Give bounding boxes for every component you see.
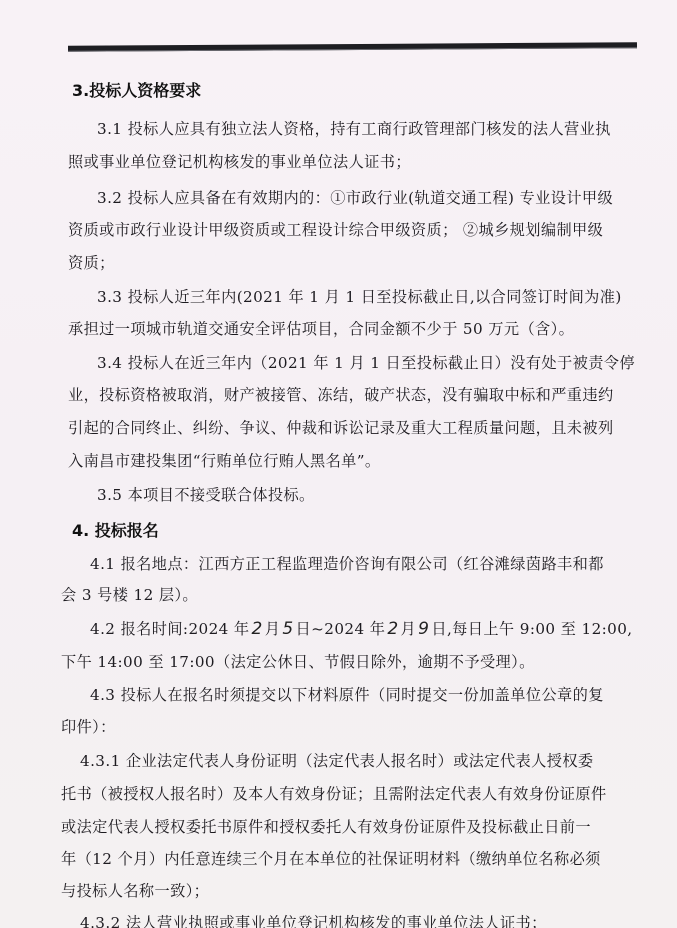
para-3-1-line-1: 3.1 投标人应具有独立法人资格，持有工商行政管理部门核发的法人营业执 (97, 118, 611, 139)
para-3-5: 3.5 本项目不接受联合体投标。 (97, 484, 315, 505)
header-rule (68, 42, 637, 51)
para-4-3-1-line-5: 与投标人名称一致）； (61, 880, 209, 901)
para-4-3-line-2: 印件）： (61, 716, 116, 737)
handwritten-end-month: 2 (385, 619, 400, 639)
reg-time-mid: 日~2024 年 (296, 620, 386, 638)
para-3-2-line-2: 资质或市政行业设计甲级资质或工程设计综合甲级资质； ②城乡规划编制甲级 (68, 219, 603, 240)
para-3-4-line-4: 入南昌市建投集团“行贿单位行贿人黑名单”。 (68, 450, 381, 471)
para-3-3-line-1: 3.3 投标人近三年内(2021 年 1 月 1 日至投标截止日,以合同签订时间… (97, 286, 622, 307)
handwritten-start-day: 5 (280, 619, 295, 639)
para-4-3-1-line-2: 托书（被授权人报名时）及本人有效身份证；且需附法定代表人有效身份证原件 (61, 783, 607, 804)
para-4-3-1-line-3: 或法定代表人授权委托书原件和授权委托人有效身份证原件及投标截止日前一 (61, 816, 591, 837)
section-3-heading: 3.投标人资格要求 (72, 78, 201, 101)
reg-time-suffix: 日,每日上午 9:00 至 12:00, (431, 620, 632, 638)
para-3-4-line-2: 业，投标资格被取消，财产被接管、冻结，破产状态，没有骗取中标和严重违约 (68, 384, 614, 405)
document-page: 3.投标人资格要求 3.1 投标人应具有独立法人资格，持有工商行政管理部门核发的… (0, 0, 677, 928)
para-4-3-1-line-4: 年（12 个月）内任意连续三个月在本单位的社保证明材料（缴纳单位名称必须 (61, 848, 601, 869)
para-4-3-1-line-1: 4.3.1 企业法定代表人身份证明（法定代表人报名时）或法定代表人授权委 (80, 750, 594, 771)
para-4-1-line-2: 会 3 号楼 12 层）。 (61, 584, 198, 605)
handwritten-end-day: 9 (416, 619, 431, 639)
para-4-1-line-1: 4.1 报名地点：江西方正工程监理造价咨询有限公司（红谷滩绿茵路丰和都 (90, 553, 604, 574)
para-4-3-line-1: 4.3 投标人在报名时须提交以下材料原件（同时提交一份加盖单位公章的复 (90, 684, 604, 705)
month-label: 月 (401, 620, 417, 638)
para-3-2-line-3: 资质； (68, 252, 115, 273)
reg-time-prefix: 4.2 报名时间:2024 年 (90, 620, 250, 638)
para-3-1-line-2: 照或事业单位登记机构核发的事业单位法人证书； (68, 151, 411, 172)
para-3-2-line-1: 3.2 投标人应具备在有效期内的：①市政行业(轨道交通工程) 专业设计甲级 (97, 187, 613, 208)
para-3-3-line-2: 承担过一项城市轨道交通安全评估项目，合同金额不少于 50 万元（含）。 (68, 318, 574, 339)
para-3-4-line-3: 引起的合同终止、纠纷、争议、仲裁和诉讼记录及重大工程质量问题，且未被列 (68, 417, 614, 438)
para-4-3-2: 4.3.2 法人营业执照或事业单位登记机构核发的事业单位法人证书； (80, 912, 547, 928)
para-4-2-line-2: 下午 14:00 至 17:00（法定公休日、节假日除外，逾期不予受理）。 (61, 651, 535, 672)
para-3-4-line-1: 3.4 投标人在近三年内（2021 年 1 月 1 日至投标截止日）没有处于被责… (97, 352, 635, 373)
section-4-heading: 4. 投标报名 (72, 518, 159, 541)
month-label: 月 (265, 620, 281, 638)
para-4-2-line-1: 4.2 报名时间:2024 年2月5日~2024 年2月9日,每日上午 9:00… (90, 618, 633, 639)
handwritten-start-month: 2 (250, 619, 265, 639)
